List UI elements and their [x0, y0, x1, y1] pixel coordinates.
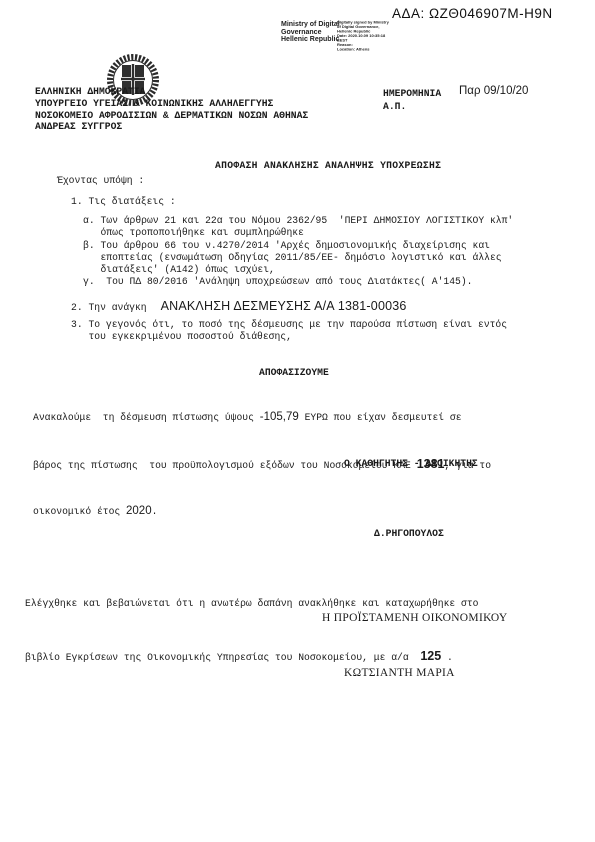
- signer2-name: ΚΩΤΣΙΑΝΤΗ ΜΑΡΙΑ: [344, 667, 455, 679]
- list-item-2-prefix: 2. Την ανάγκη: [71, 302, 147, 313]
- recalled-amount-value: -105,79: [260, 411, 299, 423]
- ministry-stamp: Ministry of Digital Governance Hellenic …: [281, 21, 340, 44]
- decision-heading: ΑΠΟΦΑΣΙΖΟΥΜΕ: [259, 367, 329, 378]
- legal-provisions-list: α. Των άρθρων 21 και 22α του Νόμου 2362/…: [83, 215, 513, 289]
- greek-emblem-icon: [90, 35, 144, 89]
- document-page: ΑΔΑ: ΩΖΘ046907Μ-Η9Ν Ministry of Digital …: [0, 0, 595, 842]
- digital-signature-stamp: Digitally signed by Ministry of Digital …: [337, 20, 389, 52]
- fiscal-year-value: 2020: [126, 505, 152, 517]
- decision-line-1: Ανακαλούμε τη δέσμευση πίστωσης ύψους -1…: [33, 410, 491, 426]
- list-item-1-heading: 1. Τις διατάξεις :: [71, 196, 176, 207]
- list-item-2: 2. Την ανάγκηΑΝΑΚΛΗΣΗ ΔΕΣΜΕΥΣΗΣ Α/Α 1381…: [71, 299, 407, 313]
- organization-header: ΕΛΛΗΝΙΚΗ ΔΗΜΟΚΡΑΤΙΑ ΥΠΟΥΡΓΕΙΟ ΥΓΕΙΑΣ & Κ…: [35, 86, 308, 133]
- signer2-title: Η ΠΡΟΪΣΤΑΜΕΝΗ ΟΙΚΟΝΟΜΙΚΟΥ: [322, 612, 508, 624]
- recall-commitment-reference: ΑΝΑΚΛΗΣΗ ΔΕΣΜΕΥΣΗΣ Α/Α 1381-00036: [161, 299, 407, 313]
- preamble-intro: Έχοντας υπόψη :: [57, 175, 144, 186]
- list-item-3: 3. Το γεγονός ότι, το ποσό της δέσμευσης…: [71, 319, 507, 344]
- document-title: ΑΠΟΦΑΣΗ ΑΝΑΚΛΗΣΗΣ ΑΝΑΛΗΨΗΣ ΥΠΟΧΡΕΩΣΗΣ: [215, 160, 441, 171]
- verification-note: Ελέγχθηκε και βεβαιώνεται ότι η ανωτέρω …: [25, 560, 478, 701]
- verification-line-2: βιβλίο Εγκρίσεων της Οικονομικής Υπηρεσί…: [25, 648, 478, 667]
- registry-number-value: 125: [420, 649, 441, 663]
- protocol-number-label: Α.Π.: [383, 101, 406, 112]
- date-value: Παρ 09/10/20: [459, 85, 528, 97]
- verification-line-1: Ελέγχθηκε και βεβαιώνεται ότι η ανωτέρω …: [25, 595, 478, 613]
- decision-line-3: οικονομικό έτος 2020.: [33, 504, 491, 520]
- ada-code: ΑΔΑ: ΩΖΘ046907Μ-Η9Ν: [392, 6, 553, 21]
- signer1-title: Ο ΚΑΘΗΓΗΤΗΣ - ΔΙΟΙΚΗΤΗΣ: [344, 458, 478, 469]
- signer1-name: Δ.ΡΗΓΟΠΟΥΛΟΣ: [374, 528, 444, 539]
- date-label: ΗΜΕΡΟΜΗΝΙΑ: [383, 88, 441, 99]
